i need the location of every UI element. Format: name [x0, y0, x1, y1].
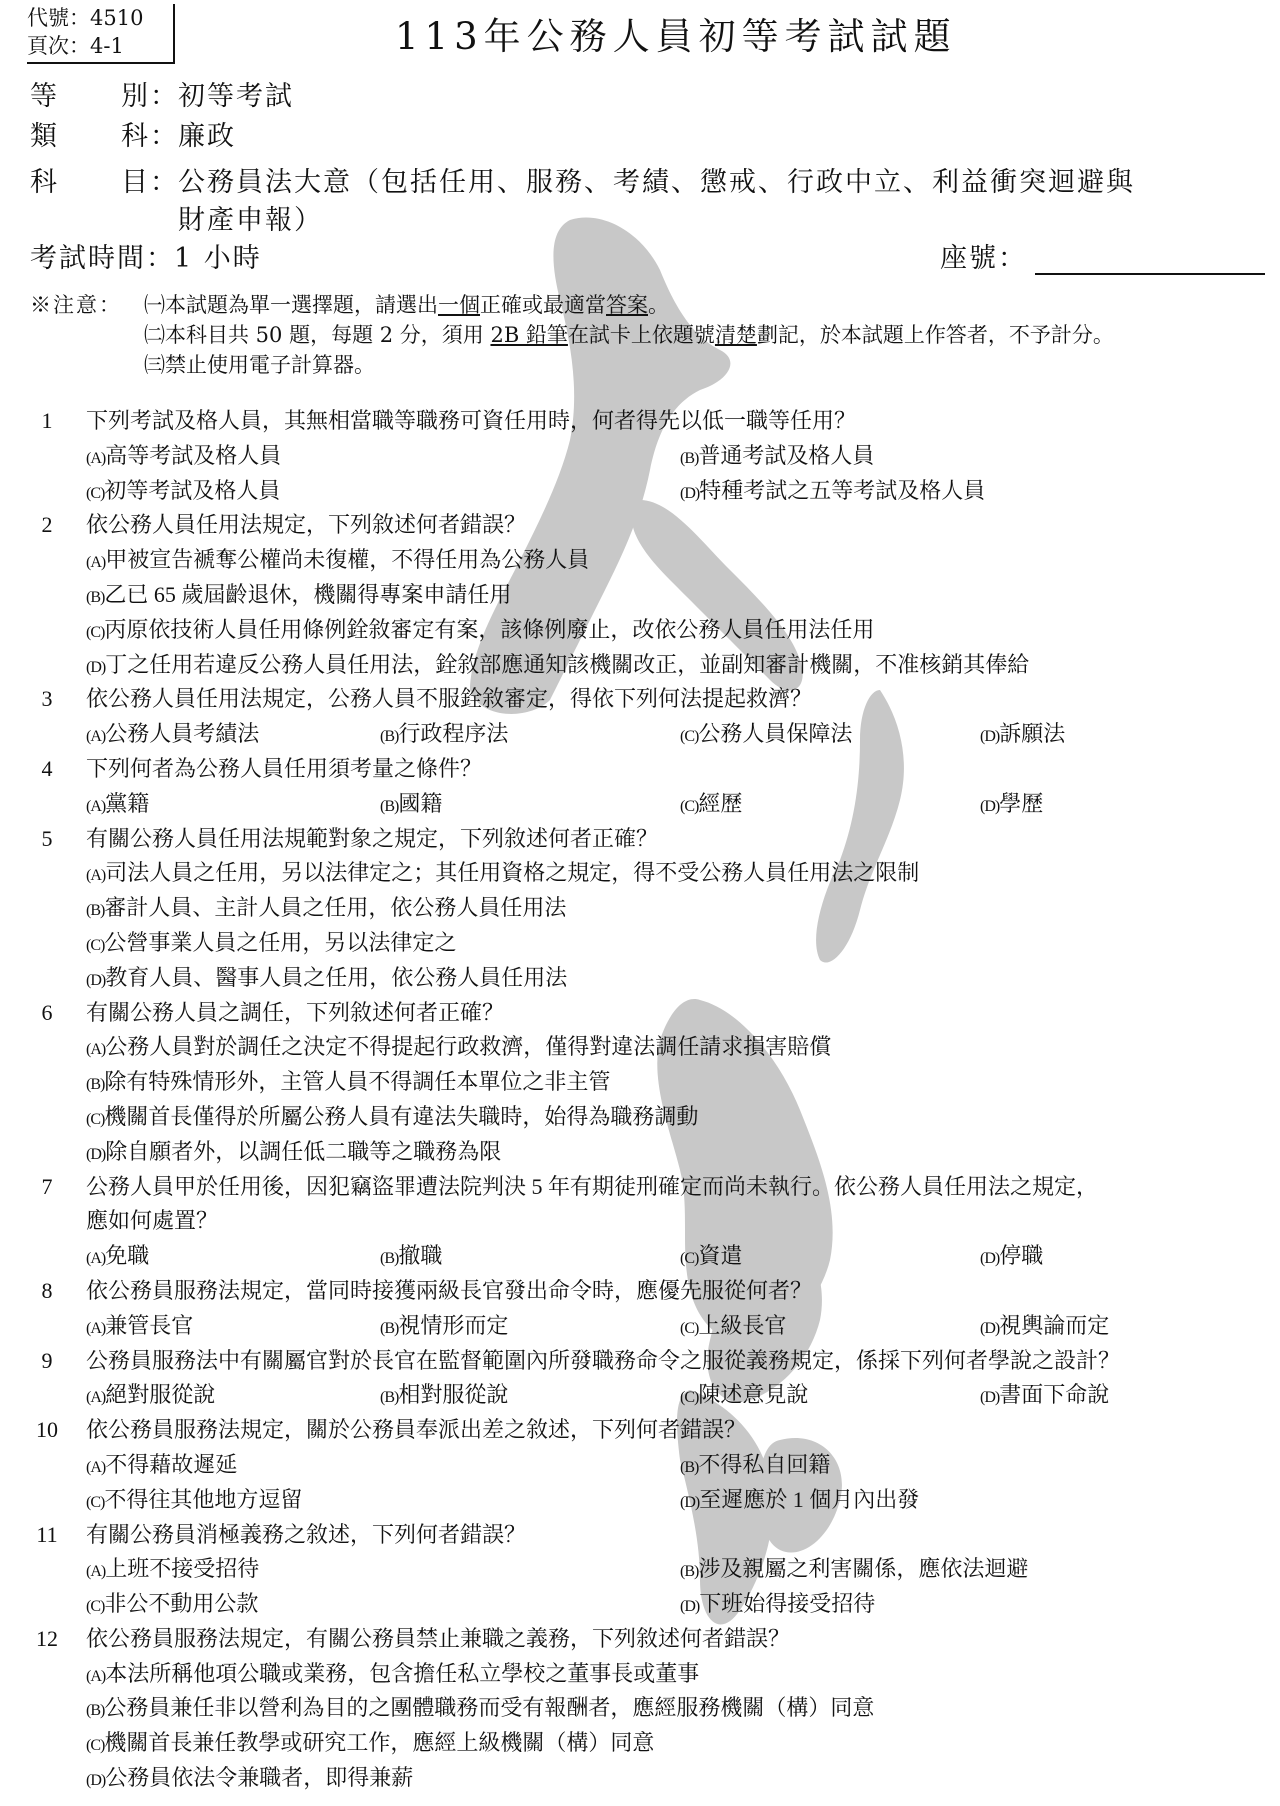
option-b: (B)公務員兼任非以營利為目的之團體職務而受有報酬者，應經服務機關（構）同意	[86, 1691, 874, 1729]
question-5: 5有關公務人員任用法規範對象之規定，下列敘述何者正確？ (A)司法人員之任用，另…	[0, 822, 1280, 996]
option-letter: (D)	[86, 1772, 105, 1789]
option-text: 公務員兼任非以營利為目的之團體職務而受有報酬者，應經服務機關（構）同意	[104, 1695, 874, 1720]
option-c: (C)上級長官	[680, 1309, 786, 1347]
option-text: 免職	[105, 1243, 149, 1268]
option-b: (B)涉及親屬之利害關係，應依法迴避	[680, 1552, 1028, 1590]
question-6: 6有關公務人員之調任，下列敘述何者正確？ (A)公務人員對於調任之決定不得提起行…	[0, 996, 1280, 1170]
option-text: 不得私自回籍	[698, 1452, 830, 1477]
option-text: 甲被宣告褫奪公權尚未復權，不得任用為公務人員	[105, 547, 589, 572]
option-letter: (A)	[86, 1041, 105, 1058]
note-1: ※注意：㈠本試題為單一選擇題，請選出一個正確或最適當答案。	[30, 290, 1114, 320]
option-letter: (C)	[680, 798, 698, 815]
option-text: 視情形而定	[398, 1313, 508, 1338]
grade-row: 等別：初等考試	[30, 74, 294, 113]
option-text: 兼管長官	[105, 1313, 193, 1338]
option-text: 上級長官	[698, 1313, 786, 1338]
option-text: 機關首長僅得於所屬公務人員有違法失職時，始得為職務調動	[104, 1104, 698, 1129]
subject-row-continued: 財產申報）	[178, 198, 323, 237]
option-d: (D)除自願者外，以調任低二職等之職務為限	[86, 1135, 501, 1173]
option-text: 乙已 65 歲屆齡退休，機關得專案申請任用	[104, 582, 511, 607]
option-text: 特種考試之五等考試及格人員	[699, 478, 985, 503]
option-letter: (A)	[86, 450, 105, 467]
option-letter: (B)	[86, 589, 104, 606]
option-letter: (A)	[86, 1389, 105, 1406]
option-b: (B)普通考試及格人員	[680, 439, 874, 477]
option-text: 丙原依技術人員任用條例銓敘審定有案，該條例廢止，改依公務人員任用法任用	[104, 617, 874, 642]
grade-value: 初等考試	[178, 81, 294, 112]
question-8: 8依公務員服務法規定，當同時接獲兩級長官發出命令時，應優先服從何者？ (A)兼管…	[0, 1274, 1280, 1344]
option-b: (B)除有特殊情形外，主管人員不得調任本單位之非主管	[86, 1065, 610, 1103]
option-a: (A)免職	[86, 1239, 149, 1277]
option-text: 除有特殊情形外，主管人員不得調任本單位之非主管	[104, 1069, 610, 1094]
option-text: 非公不動用公款	[104, 1591, 258, 1616]
option-d: (D)視輿論而定	[980, 1309, 1109, 1347]
option-a: (A)公務人員考績法	[86, 717, 259, 755]
note-2: ㈡本科目共 50 題，每題 2 分，須用 2B 鉛筆在試卡上依題號清楚劃記，於本…	[30, 320, 1114, 350]
exam-notes: ※注意：㈠本試題為單一選擇題，請選出一個正確或最適當答案。 ㈡本科目共 50 題…	[30, 290, 1114, 380]
option-text: 公務人員對於調任之決定不得提起行政救濟，僅得對違法調任請求損害賠償	[105, 1034, 831, 1059]
option-letter: (D)	[680, 1494, 699, 1511]
option-letter: (C)	[680, 728, 698, 745]
option-c: (C)資遣	[680, 1239, 742, 1277]
question-11: 11有關公務員消極義務之敘述，下列何者錯誤？ (A)上班不接受招待(B)涉及親屬…	[0, 1518, 1280, 1622]
option-c: (C)機關首長兼任教學或研究工作，應經上級機關（構）同意	[86, 1726, 654, 1764]
option-text: 國籍	[398, 791, 442, 816]
question-3: 3依公務人員任用法規定，公務人員不服銓敘審定，得依下列何法提起救濟？ (A)公務…	[0, 682, 1280, 752]
option-letter: (D)	[980, 798, 999, 815]
time-row: 考試時間：1 小時	[30, 236, 262, 275]
option-letter: (B)	[380, 1389, 398, 1406]
option-letter: (A)	[86, 728, 105, 745]
option-a: (A)高等考試及格人員	[86, 439, 281, 477]
question-list: 1下列考試及格人員，其無相當職等職務可資任用時，何者得先以低一職等任用？ (A)…	[0, 404, 1280, 1796]
option-letter: (D)	[86, 1146, 105, 1163]
option-letter: (B)	[380, 728, 398, 745]
time-value: 1 小時	[174, 243, 262, 274]
option-letter: (D)	[980, 728, 999, 745]
option-letter: (D)	[680, 1598, 699, 1615]
option-text: 撤職	[398, 1243, 442, 1268]
note-3: ㈢禁止使用電子計算器。	[30, 350, 1114, 380]
option-a: (A)甲被宣告褫奪公權尚未復權，不得任用為公務人員	[86, 543, 589, 581]
option-text: 司法人員之任用，另以法律定之；其任用資格之規定，得不受公務人員任用法之限制	[105, 860, 919, 885]
option-letter: (C)	[86, 1737, 104, 1754]
question-12: 12依公務員服務法規定，有關公務員禁止兼職之義務，下列敘述何者錯誤？ (A)本法…	[0, 1622, 1280, 1796]
option-b: (B)不得私自回籍	[680, 1448, 830, 1486]
option-text: 高等考試及格人員	[105, 443, 281, 468]
page-number: 頁次：4-1	[27, 32, 173, 60]
option-d: (D)書面下命說	[980, 1378, 1109, 1416]
option-d: (D)停職	[980, 1239, 1043, 1277]
option-text: 普通考試及格人員	[698, 443, 874, 468]
option-text: 上班不接受招待	[105, 1556, 259, 1581]
option-text: 公務人員保障法	[698, 721, 852, 746]
option-letter: (C)	[86, 937, 104, 954]
option-text: 書面下命說	[999, 1382, 1109, 1407]
category-row: 類科：廉政	[30, 114, 236, 153]
option-letter: (C)	[86, 485, 104, 502]
option-letter: (C)	[680, 1320, 698, 1337]
option-letter: (A)	[86, 1459, 105, 1476]
option-d: (D)訴願法	[980, 717, 1065, 755]
category-value: 廉政	[178, 121, 236, 152]
option-letter: (B)	[380, 1320, 398, 1337]
option-letter: (C)	[86, 1598, 104, 1615]
option-c: (C)公營事業人員之任用，另以法律定之	[86, 926, 456, 964]
option-letter: (A)	[86, 1668, 105, 1685]
option-c: (C)公務人員保障法	[680, 717, 852, 755]
option-b: (B)審計人員、主計人員之任用，依公務人員任用法	[86, 891, 566, 929]
option-d: (D)教育人員、醫事人員之任用，依公務人員任用法	[86, 961, 567, 999]
option-letter: (B)	[380, 798, 398, 815]
option-letter: (B)	[680, 1563, 698, 1580]
option-d: (D)公務員依法令兼職者，即得兼薪	[86, 1761, 413, 1799]
question-2: 2依公務人員任用法規定，下列敘述何者錯誤？ (A)甲被宣告褫奪公權尚未復權，不得…	[0, 508, 1280, 682]
option-letter: (B)	[86, 1702, 104, 1719]
option-letter: (D)	[86, 972, 105, 989]
option-d: (D)丁之任用若違反公務人員任用法，銓敘部應通知該機關改正，並副知審計機關，不准…	[86, 648, 1029, 686]
subject-value: 公務員法大意（包括任用、服務、考績、懲戒、行政中立、利益衝突迴避與	[178, 167, 1135, 198]
option-text: 資遣	[698, 1243, 742, 1268]
option-a: (A)黨籍	[86, 787, 149, 825]
option-text: 初等考試及格人員	[104, 478, 280, 503]
option-letter: (A)	[86, 1250, 105, 1267]
option-d: (D)下班始得接受招待	[680, 1587, 875, 1625]
seat-number-blank	[1035, 245, 1265, 275]
option-text: 經歷	[698, 791, 742, 816]
option-text: 本法所稱他項公職或業務，包含擔任私立學校之董事長或董事	[105, 1661, 699, 1686]
option-a: (A)司法人員之任用，另以法律定之；其任用資格之規定，得不受公務人員任用法之限制	[86, 856, 919, 894]
option-d: (D)至遲應於 1 個月內出發	[680, 1483, 919, 1521]
option-text: 丁之任用若違反公務人員任用法，銓敘部應通知該機關改正，並副知審計機關，不准核銷其…	[105, 652, 1029, 677]
option-a: (A)公務人員對於調任之決定不得提起行政救濟，僅得對違法調任請求損害賠償	[86, 1030, 831, 1068]
option-text: 公務員依法令兼職者，即得兼薪	[105, 1765, 413, 1790]
option-text: 公務人員考績法	[105, 721, 259, 746]
option-text: 不得藉故遲延	[105, 1452, 237, 1477]
option-text: 行政程序法	[398, 721, 508, 746]
option-text: 至遲應於 1 個月內出發	[699, 1487, 919, 1512]
option-letter: (D)	[980, 1320, 999, 1337]
option-letter: (B)	[86, 1076, 104, 1093]
option-text: 學歷	[999, 791, 1043, 816]
option-text: 除自願者外，以調任低二職等之職務為限	[105, 1139, 501, 1164]
question-10: 10依公務員服務法規定，關於公務員奉派出差之敘述，下列何者錯誤？ (A)不得藉故…	[0, 1413, 1280, 1517]
option-a: (A)兼管長官	[86, 1309, 193, 1347]
option-c: (C)不得往其他地方逗留	[86, 1483, 302, 1521]
option-letter: (A)	[86, 554, 105, 571]
option-letter: (C)	[680, 1389, 698, 1406]
question-9: 9公務員服務法中有關屬官對於長官在監督範圍內所發職務命令之服從義務規定，係採下列…	[0, 1344, 1280, 1414]
question-1: 1下列考試及格人員，其無相當職等職務可資任用時，何者得先以低一職等任用？ (A)…	[0, 404, 1280, 508]
option-text: 相對服從說	[398, 1382, 508, 1407]
option-b: (B)相對服從說	[380, 1378, 508, 1416]
option-text: 停職	[999, 1243, 1043, 1268]
option-b: (B)視情形而定	[380, 1309, 508, 1347]
exam-code: 代號：4510	[27, 4, 173, 32]
option-text: 下班始得接受招待	[699, 1591, 875, 1616]
option-letter: (C)	[86, 1111, 104, 1128]
option-a: (A)不得藉故遲延	[86, 1448, 237, 1486]
option-b: (B)國籍	[380, 787, 442, 825]
option-letter: (D)	[680, 485, 699, 502]
option-letter: (C)	[680, 1250, 698, 1267]
option-text: 教育人員、醫事人員之任用，依公務人員任用法	[105, 965, 567, 990]
option-c: (C)初等考試及格人員	[86, 474, 280, 512]
option-a: (A)本法所稱他項公職或業務，包含擔任私立學校之董事長或董事	[86, 1657, 699, 1695]
option-letter: (B)	[680, 1459, 698, 1476]
option-text: 視輿論而定	[999, 1313, 1109, 1338]
option-b: (B)撤職	[380, 1239, 442, 1277]
question-7: 7公務人員甲於任用後，因犯竊盜罪遭法院判決 5 年有期徒刑確定而尚未執行。依公務…	[0, 1170, 1280, 1274]
option-b: (B)行政程序法	[380, 717, 508, 755]
option-a: (A)上班不接受招待	[86, 1552, 259, 1590]
option-text: 黨籍	[105, 791, 149, 816]
option-c: (C)丙原依技術人員任用條例銓敘審定有案，該條例廢止，改依公務人員任用法任用	[86, 613, 874, 651]
option-letter: (C)	[86, 1494, 104, 1511]
option-text: 審計人員、主計人員之任用，依公務人員任用法	[104, 895, 566, 920]
option-d: (D)特種考試之五等考試及格人員	[680, 474, 985, 512]
option-text: 公營事業人員之任用，另以法律定之	[104, 930, 456, 955]
option-a: (A)絕對服從說	[86, 1378, 215, 1416]
option-text: 訴願法	[999, 721, 1065, 746]
option-c: (C)陳述意見說	[680, 1378, 808, 1416]
option-text: 不得往其他地方逗留	[104, 1487, 302, 1512]
option-letter: (A)	[86, 798, 105, 815]
option-c: (C)經歷	[680, 787, 742, 825]
option-text: 陳述意見說	[698, 1382, 808, 1407]
seat-number-field: 座號：	[940, 236, 1265, 275]
option-letter: (B)	[86, 902, 104, 919]
option-text: 涉及親屬之利害關係，應依法迴避	[698, 1556, 1028, 1581]
option-letter: (A)	[86, 867, 105, 884]
option-c: (C)機關首長僅得於所屬公務人員有違法失職時，始得為職務調動	[86, 1100, 698, 1138]
option-letter: (D)	[980, 1389, 999, 1406]
option-letter: (B)	[380, 1250, 398, 1267]
option-c: (C)非公不動用公款	[86, 1587, 258, 1625]
option-letter: (D)	[980, 1250, 999, 1267]
option-text: 機關首長兼任教學或研究工作，應經上級機關（構）同意	[104, 1730, 654, 1755]
subject-row: 科目：公務員法大意（包括任用、服務、考績、懲戒、行政中立、利益衝突迴避與	[30, 160, 1135, 199]
option-letter: (D)	[86, 659, 105, 676]
question-4: 4下列何者為公務人員任用須考量之條件？ (A)黨籍(B)國籍(C)經歷(D)學歷	[0, 752, 1280, 822]
option-letter: (B)	[680, 450, 698, 467]
option-text: 絕對服從說	[105, 1382, 215, 1407]
option-letter: (C)	[86, 624, 104, 641]
page-title: 113年公務人員初等考試試題	[395, 6, 957, 60]
option-letter: (A)	[86, 1563, 105, 1580]
option-b: (B)乙已 65 歲屆齡退休，機關得專案申請任用	[86, 578, 511, 616]
option-letter: (A)	[86, 1320, 105, 1337]
option-d: (D)學歷	[980, 787, 1043, 825]
exam-code-box: 代號：4510 頁次：4-1	[27, 4, 175, 64]
